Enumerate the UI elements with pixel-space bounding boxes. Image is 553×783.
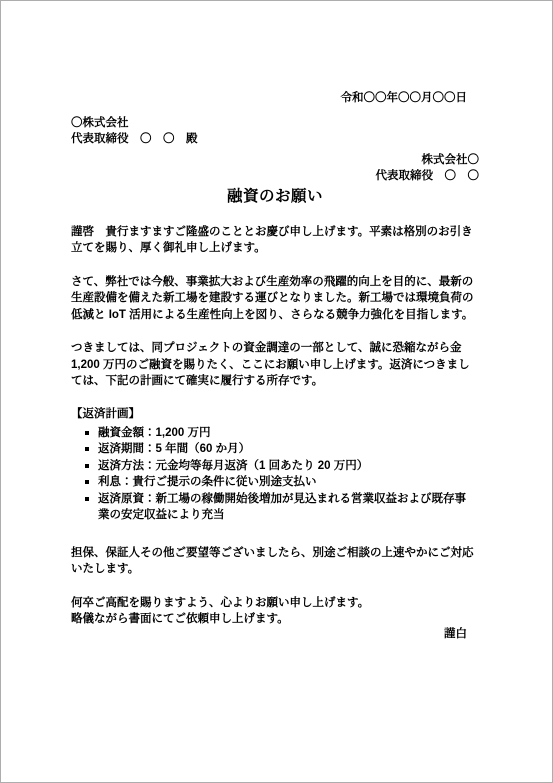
text-line: 返済原資：新工場の稼働開始後増加が見込まれる営業収益および既存事	[98, 491, 479, 508]
text-line: さて、弊社では今般、事業拡大および生産効率の飛躍的向上を目的に、最新の	[71, 274, 479, 291]
list-item-text: 融資金額：1,200 万円	[98, 425, 479, 442]
sender-block: 株式会社〇 代表取締役 〇 〇	[71, 152, 479, 185]
section-heading: 【返済計画】	[71, 406, 479, 423]
text-line: 1,200 万円のご融資を賜りたく、ここにお願い申し上げます。返済につきまし	[71, 357, 479, 374]
recipient-block: 〇株式会社 代表取締役 〇 〇 殿	[71, 115, 479, 148]
text-line: つきましては、同プロジェクトの資金調達の一部として、誠に恐縮ながら金	[71, 340, 479, 357]
text-line: 業の安定収益により充当	[98, 507, 479, 524]
date-line: 令和〇〇年〇〇月〇〇日	[71, 90, 479, 107]
letter-body: 謹啓 貴行ますますご隆盛のこととお慶び申し上げます。平素は格別のお引き立てを賜り…	[71, 224, 479, 643]
body-paragraph: さて、弊社では今般、事業拡大および生産効率の飛躍的向上を目的に、最新の生産設備を…	[71, 274, 479, 324]
list-item: 融資金額：1,200 万円	[71, 425, 479, 442]
text-line: ては、下記の計画にて確実に履行する所存です。	[71, 373, 479, 390]
text-line: 何卒ご高配を賜りますよう、心よりお願い申し上げます。	[71, 595, 479, 612]
recipient-company: 〇株式会社	[71, 115, 479, 132]
bullet-icon	[85, 480, 89, 484]
list-item-text: 返済期間：5 年間（60 か月）	[98, 441, 479, 458]
list-item-text: 返済方法：元金均等毎月返済（1 回あたり 20 万円）	[98, 458, 479, 475]
body-paragraph: 謹啓 貴行ますますご隆盛のこととお慶び申し上げます。平素は格別のお引き立てを賜り…	[71, 224, 479, 257]
document-title: 融資のお願い	[71, 187, 479, 207]
bullet-icon	[85, 447, 89, 451]
text-line: 利息：貴行ご提示の条件に従い別途支払い	[98, 474, 479, 491]
list-item-text: 利息：貴行ご提示の条件に従い別途支払い	[98, 474, 479, 491]
list-item: 返済期間：5 年間（60 か月）	[71, 441, 479, 458]
text-line: 返済方法：元金均等毎月返済（1 回あたり 20 万円）	[98, 458, 479, 475]
list-item-text: 返済原資：新工場の稼働開始後増加が見込まれる営業収益および既存事業の安定収益によ…	[98, 491, 479, 524]
repayment-plan-list: 融資金額：1,200 万円返済期間：5 年間（60 か月）返済方法：元金均等毎月…	[71, 425, 479, 524]
sender-representative: 代表取締役 〇 〇	[71, 168, 479, 185]
recipient-representative: 代表取締役 〇 〇 殿	[71, 131, 479, 148]
text-line: 融資金額：1,200 万円	[98, 425, 479, 442]
text-line: 担保、保証人その他ご要望等ございましたら、別途ご相談の上速やかにご対応	[71, 545, 479, 562]
bullet-icon	[85, 464, 89, 468]
document-page: 令和〇〇年〇〇月〇〇日 〇株式会社 代表取締役 〇 〇 殿 株式会社〇 代表取締…	[0, 0, 553, 783]
body-paragraph: 担保、保証人その他ご要望等ございましたら、別途ご相談の上速やかにご対応いたします…	[71, 545, 479, 578]
bullet-icon	[85, 497, 89, 501]
list-item: 返済方法：元金均等毎月返済（1 回あたり 20 万円）	[71, 458, 479, 475]
closing-word: 謹白	[71, 626, 479, 643]
text-line: 謹啓 貴行ますますご隆盛のこととお慶び申し上げます。平素は格別のお引き	[71, 224, 479, 241]
body-paragraph: つきましては、同プロジェクトの資金調達の一部として、誠に恐縮ながら金1,200 …	[71, 340, 479, 390]
text-line: 立てを賜り、厚く御礼申し上げます。	[71, 240, 479, 257]
body-paragraph: 何卒ご高配を賜りますよう、心よりお願い申し上げます。略儀ながら書面にてご依頼申し…	[71, 595, 479, 628]
list-item: 利息：貴行ご提示の条件に従い別途支払い	[71, 474, 479, 491]
text-line: いたします。	[71, 561, 479, 578]
text-line: 返済期間：5 年間（60 か月）	[98, 441, 479, 458]
sender-company: 株式会社〇	[71, 152, 479, 169]
text-line: 低減と IoT 活用による生産性向上を図り、さらなる競争力強化を目指します。	[71, 307, 479, 324]
list-item: 返済原資：新工場の稼働開始後増加が見込まれる営業収益および既存事業の安定収益によ…	[71, 491, 479, 524]
text-line: 生産設備を備えた新工場を建設する運びとなりました。新工場では環境負荷の	[71, 290, 479, 307]
bullet-icon	[85, 431, 89, 435]
